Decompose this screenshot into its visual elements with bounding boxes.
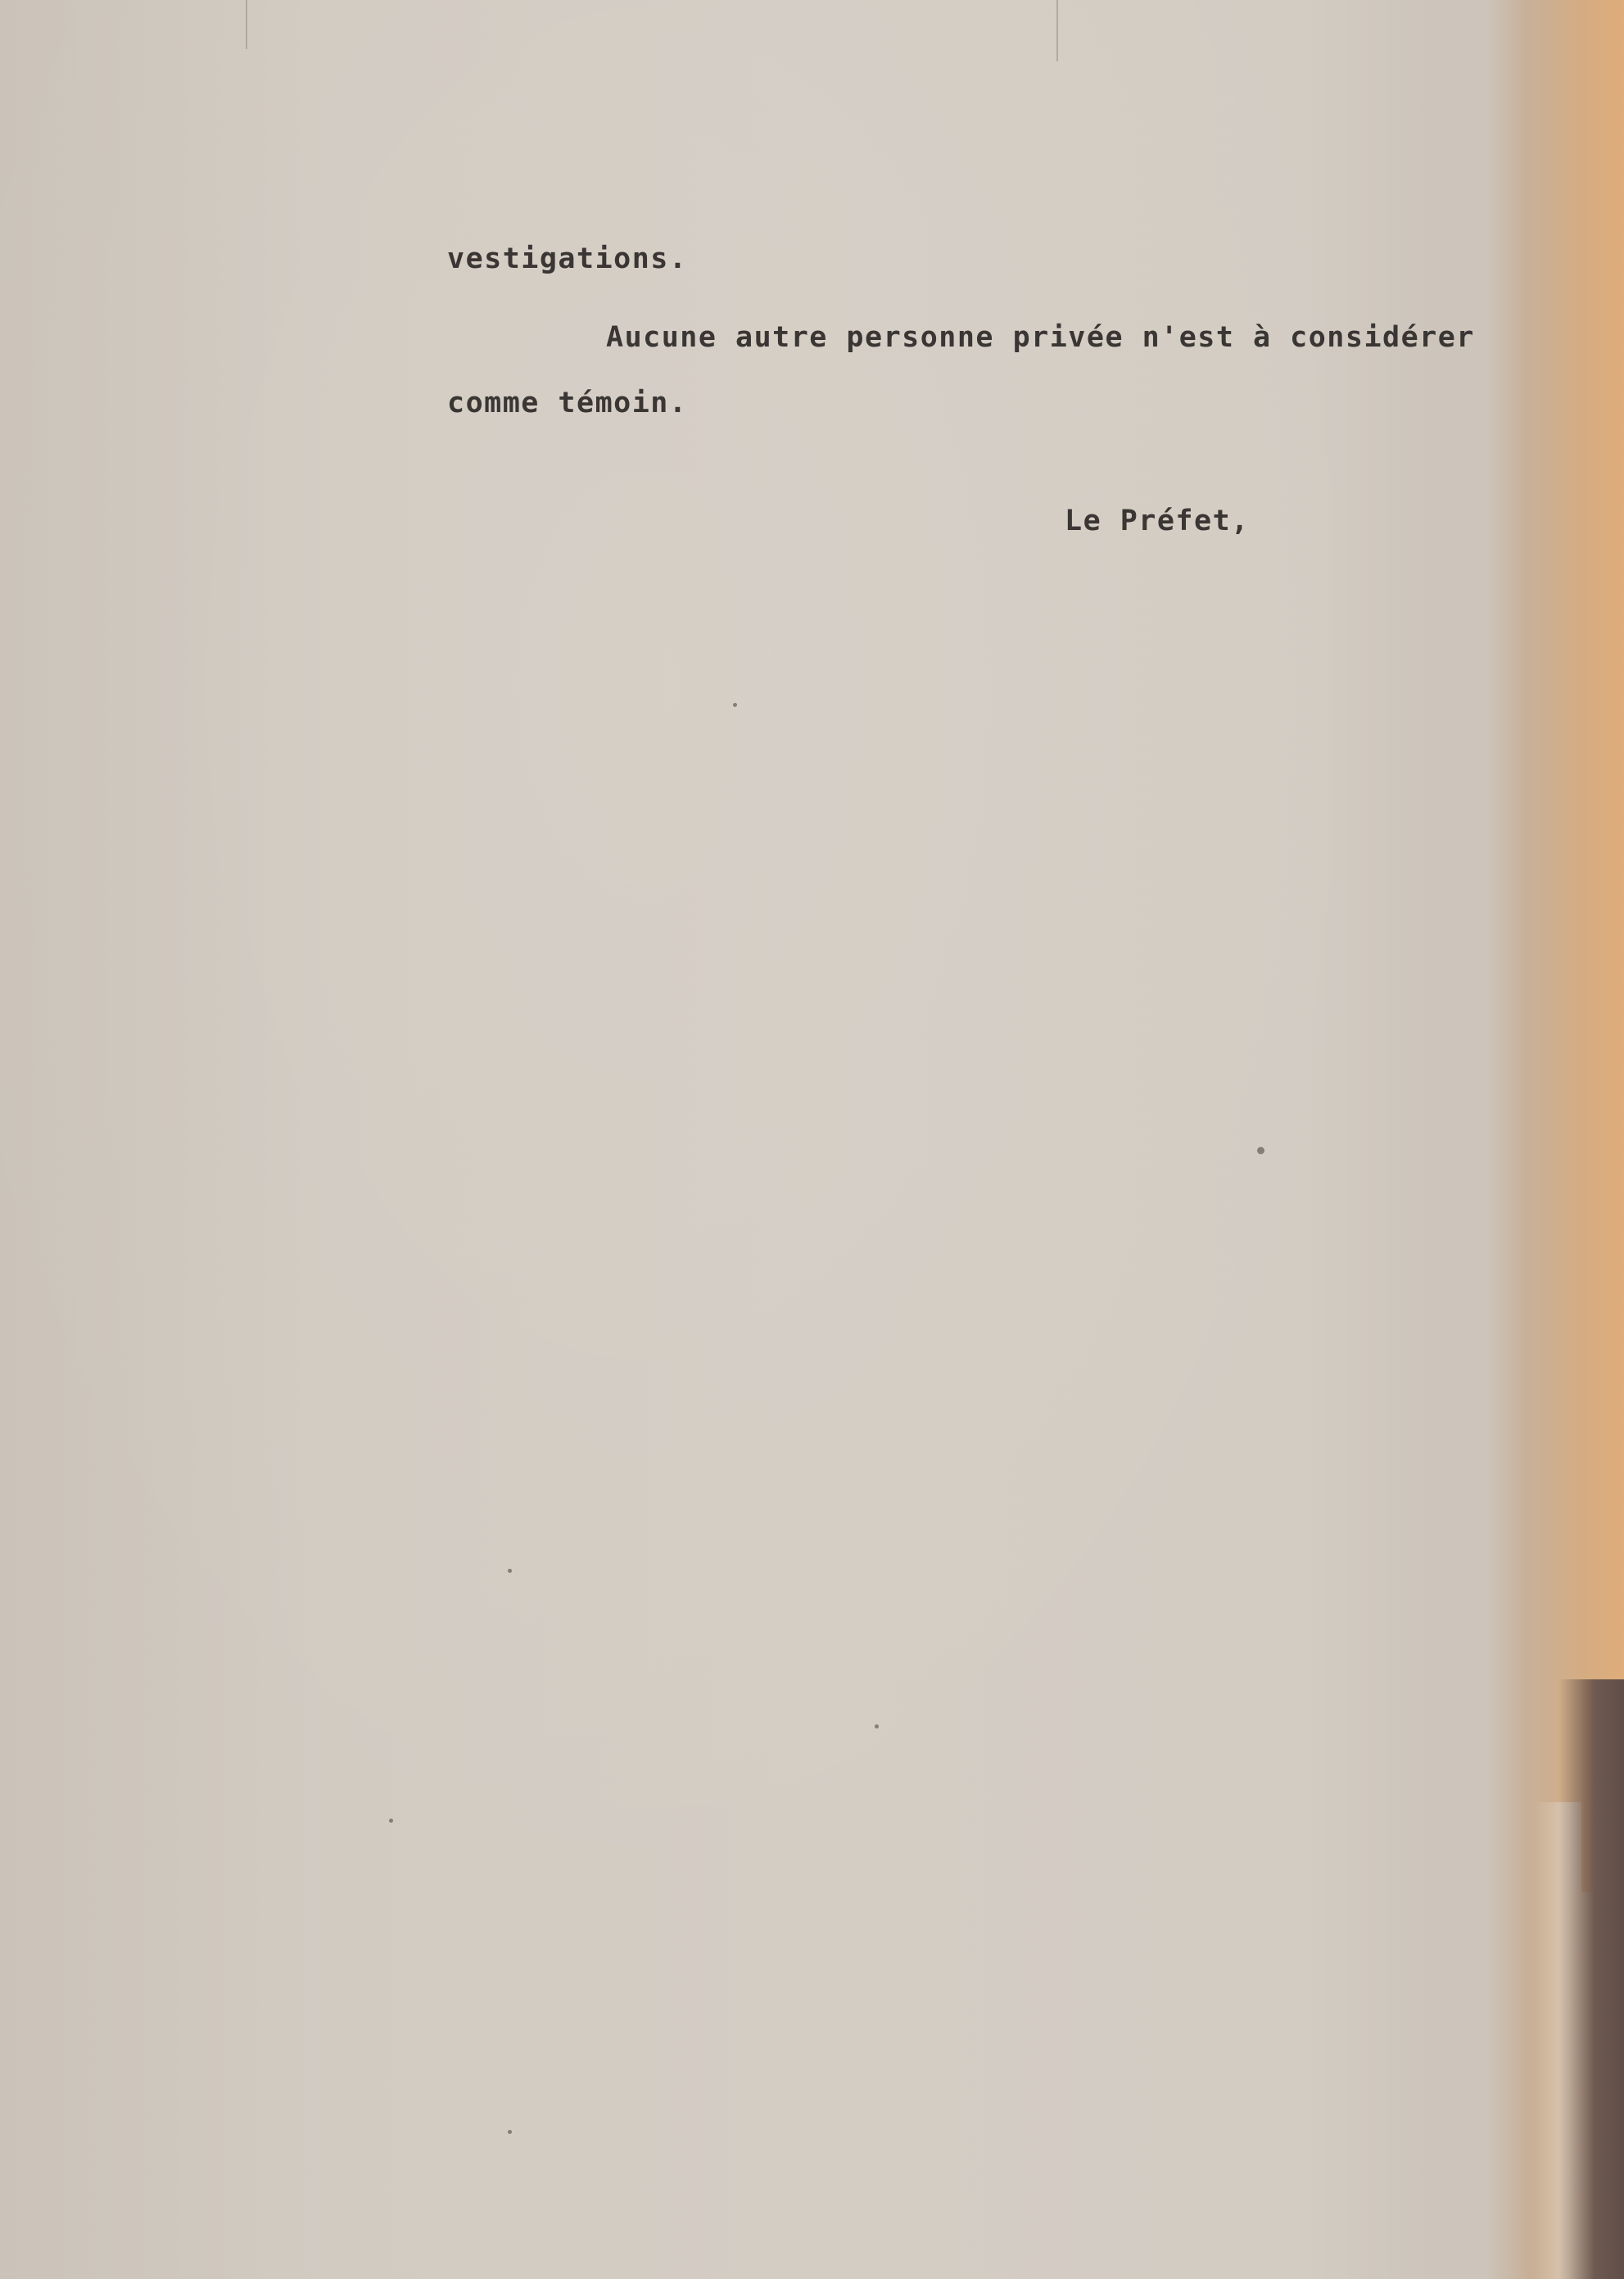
paper-crease [1056, 0, 1058, 61]
background-surface [1558, 1679, 1624, 2279]
ink-speck [733, 703, 737, 707]
paper-crease [246, 0, 247, 49]
ink-speck [1257, 1147, 1264, 1154]
ink-speck [508, 1569, 512, 1573]
signature: Le Préfet, [1065, 505, 1250, 537]
ink-speck [389, 1819, 393, 1823]
body-text-line: vestigations. [447, 242, 687, 275]
ink-speck [875, 1724, 879, 1729]
body-text-line: Aucune autre personne privée n'est à con… [606, 321, 1475, 354]
document-page: vestigations. Aucune autre personne priv… [0, 0, 1624, 2279]
ink-speck [508, 2130, 512, 2134]
body-text-line: comme témoin. [447, 387, 687, 419]
